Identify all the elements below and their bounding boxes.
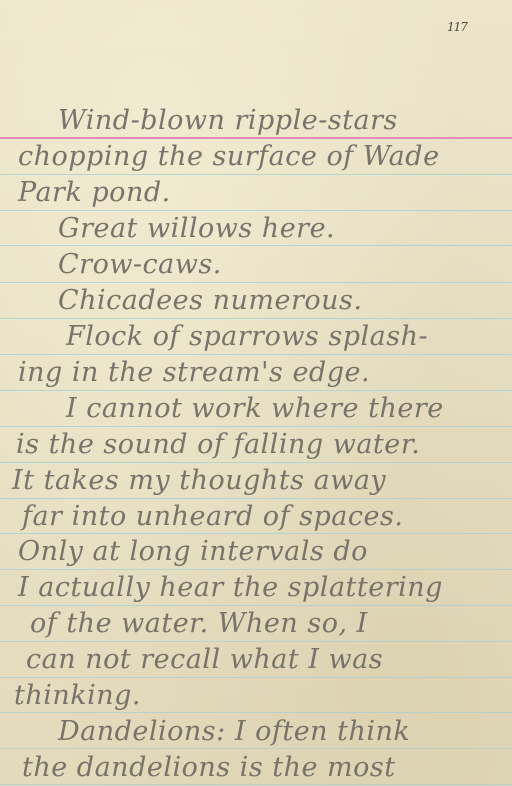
handwritten-line: Flock of sparrows splash- (0, 321, 512, 352)
rule-line (0, 245, 512, 246)
handwritten-line: It takes my thoughts away (0, 465, 512, 496)
rule-line (0, 354, 512, 355)
page-number: 117 (447, 20, 467, 34)
rule-line (0, 712, 512, 713)
top-margin-line (0, 137, 512, 139)
rule-line (0, 210, 512, 211)
handwritten-line: Dandelions: I often think (0, 716, 512, 747)
handwritten-line: Wind-blown ripple-stars (0, 105, 512, 136)
handwritten-line: is the sound of falling water. (0, 429, 512, 460)
handwritten-line: thinking. (0, 680, 512, 711)
handwritten-line: far into unheard of spaces. (0, 501, 512, 532)
handwritten-line: of the water. When so, I (0, 608, 512, 639)
rule-line (0, 784, 512, 785)
handwritten-line: Only at long intervals do (0, 536, 512, 567)
handwritten-line: chopping the surface of Wade (0, 141, 512, 172)
rule-line (0, 605, 512, 606)
notebook-page: 117 Wind-blown ripple-stars chopping the… (0, 0, 512, 786)
rule-line (0, 498, 512, 499)
rule-line (0, 426, 512, 427)
rule-line (0, 390, 512, 391)
handwritten-line: can not recall what I was (0, 644, 512, 675)
rule-line (0, 318, 512, 319)
rule-line (0, 569, 512, 570)
rule-line (0, 462, 512, 463)
rule-line (0, 174, 512, 175)
rule-line (0, 282, 512, 283)
handwritten-line: Chicadees numerous. (0, 285, 512, 316)
rule-line (0, 641, 512, 642)
handwritten-line: Great willows here. (0, 213, 512, 244)
handwritten-line: Crow-caws. (0, 249, 512, 280)
rule-line (0, 677, 512, 678)
handwritten-line: Park pond. (0, 177, 512, 208)
handwritten-line: the dandelions is the most (0, 752, 512, 783)
handwritten-line: I cannot work where there (0, 393, 512, 424)
rule-line (0, 748, 512, 749)
rule-line (0, 533, 512, 534)
handwritten-line: I actually hear the splattering (0, 572, 512, 603)
handwritten-line: ing in the stream's edge. (0, 357, 512, 388)
